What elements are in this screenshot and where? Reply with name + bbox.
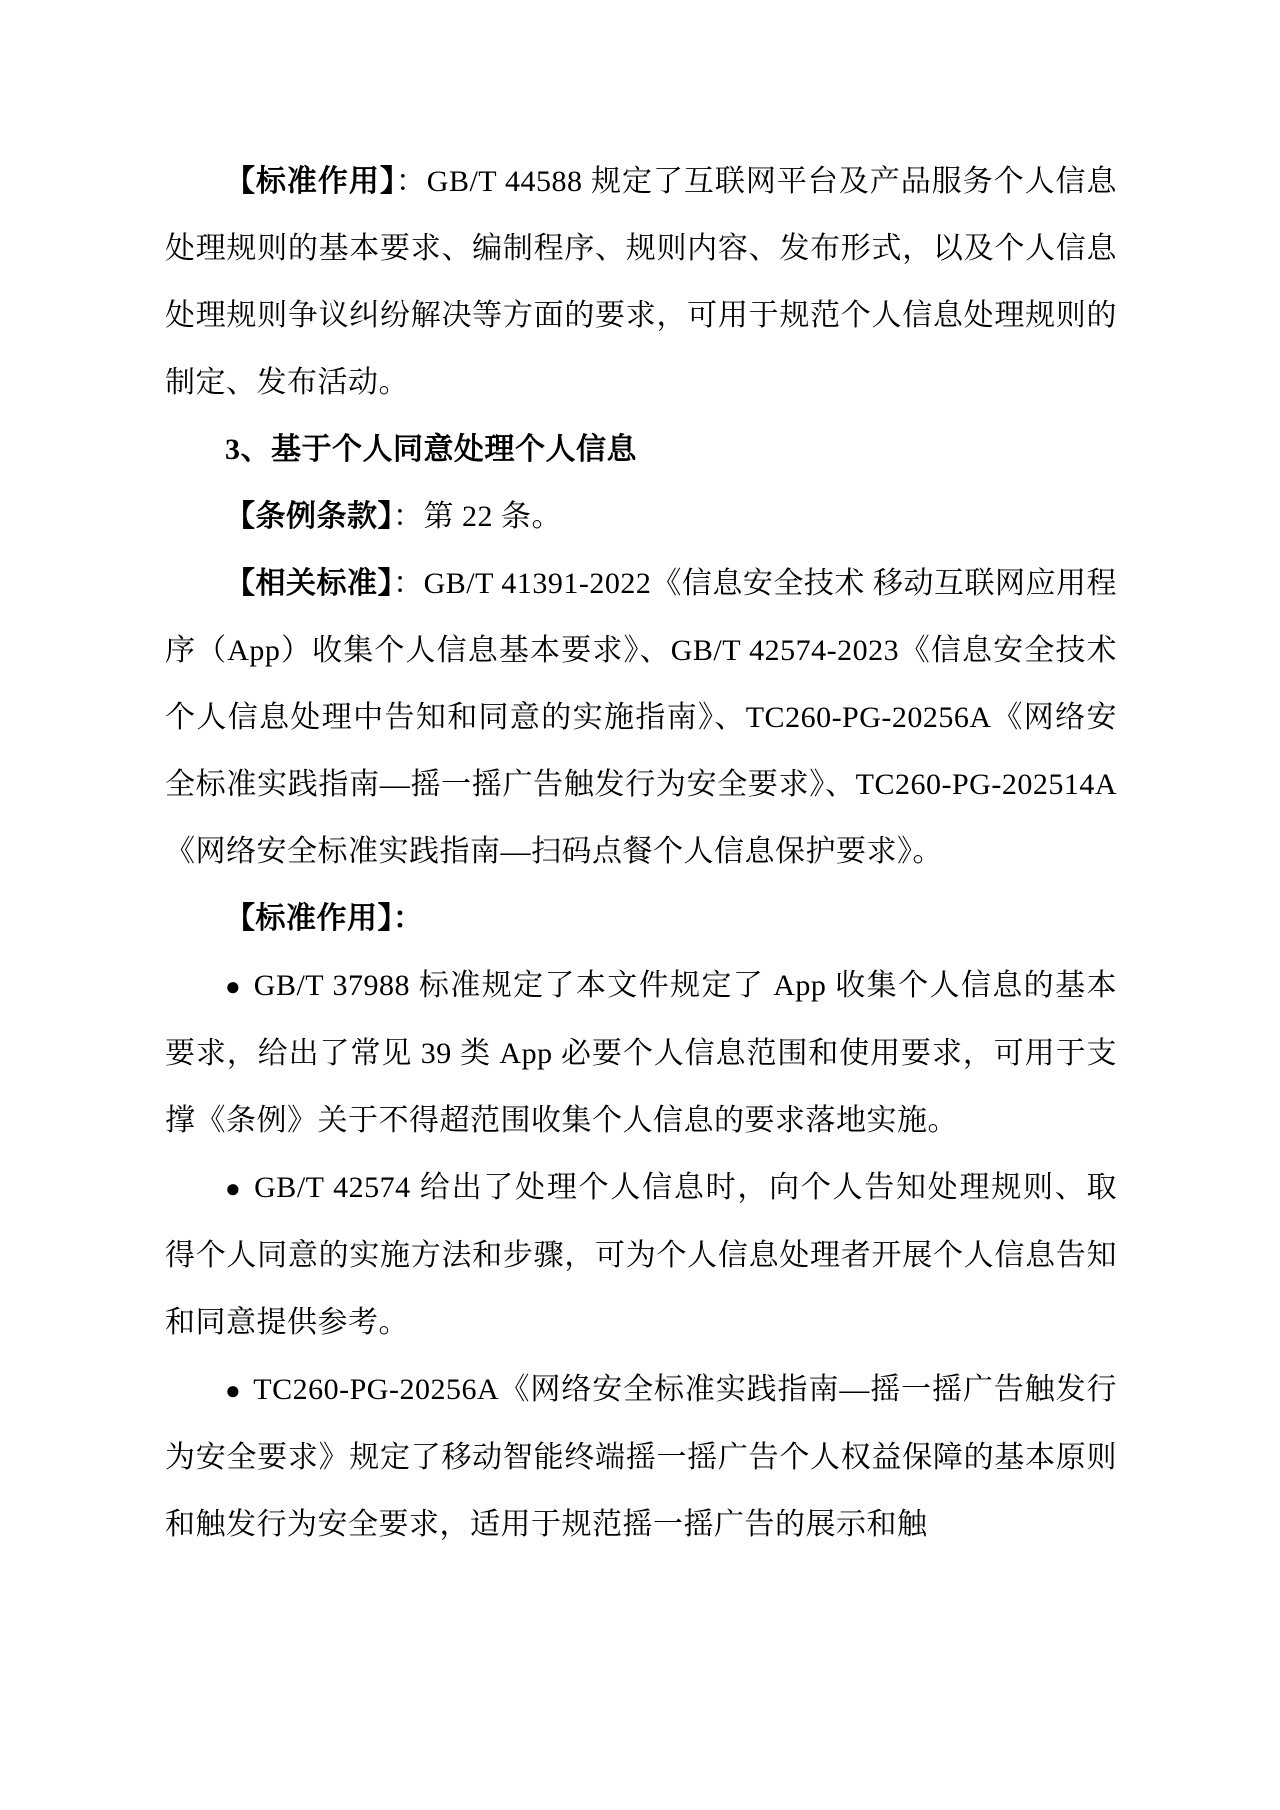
para-label-standard-role-title: 【标准作用】 bbox=[225, 902, 393, 935]
document-page: 【标准作用】：GB/T 44588 规定了互联网平台及产品服务个人信息处理规则的… bbox=[0, 0, 1280, 1810]
para-text-standard-role: ：GB/T 44588 规定了互联网平台及产品服务个人信息处理规则的基本要求、编… bbox=[165, 165, 1117, 399]
para-label-related-standards: 【相关标准】 bbox=[225, 567, 393, 600]
bullet-icon: ● bbox=[225, 972, 254, 1001]
bullet-icon: ● bbox=[225, 1174, 254, 1203]
para-regulation-clause: 【条例条款】：第 22 条。 bbox=[165, 483, 1117, 550]
bullet-text-tc260-pg-20256a: TC260-PG-20256A《网络安全标准实践指南—摇一摇广告触发行为安全要求… bbox=[165, 1373, 1117, 1541]
bullet-item-gbt37988: ●GB/T 37988 标准规定了本文件规定了 App 收集个人信息的基本要求，… bbox=[165, 952, 1117, 1154]
bullet-text-gbt42574: GB/T 42574 给出了处理个人信息时，向个人告知处理规则、取得个人同意的实… bbox=[165, 1171, 1117, 1339]
bullet-icon: ● bbox=[225, 1376, 253, 1405]
bullet-item-tc260-pg-20256a: ●TC260-PG-20256A《网络安全标准实践指南—摇一摇广告触发行为安全要… bbox=[165, 1356, 1117, 1558]
para-label-standard-role: 【标准作用】 bbox=[225, 165, 396, 198]
heading-section-3: 3、基于个人同意处理个人信息 bbox=[165, 416, 1117, 483]
bullet-text-gbt37988: GB/T 37988 标准规定了本文件规定了 App 收集个人信息的基本要求，给… bbox=[165, 969, 1117, 1137]
para-standard-role-gbt44588: 【标准作用】：GB/T 44588 规定了互联网平台及产品服务个人信息处理规则的… bbox=[165, 148, 1117, 416]
para-text-regulation-clause: ：第 22 条。 bbox=[393, 500, 562, 533]
para-standard-role-title: 【标准作用】： bbox=[165, 885, 1117, 952]
bullet-item-gbt42574: ●GB/T 42574 给出了处理个人信息时，向个人告知处理规则、取得个人同意的… bbox=[165, 1154, 1117, 1356]
para-label-regulation-clause: 【条例条款】 bbox=[225, 500, 393, 533]
para-text-related-standards: ：GB/T 41391-2022《信息安全技术 移动互联网应用程序（App）收集… bbox=[165, 567, 1117, 868]
para-colon-standard-role-title: ： bbox=[393, 902, 424, 935]
para-related-standards: 【相关标准】：GB/T 41391-2022《信息安全技术 移动互联网应用程序（… bbox=[165, 550, 1117, 885]
